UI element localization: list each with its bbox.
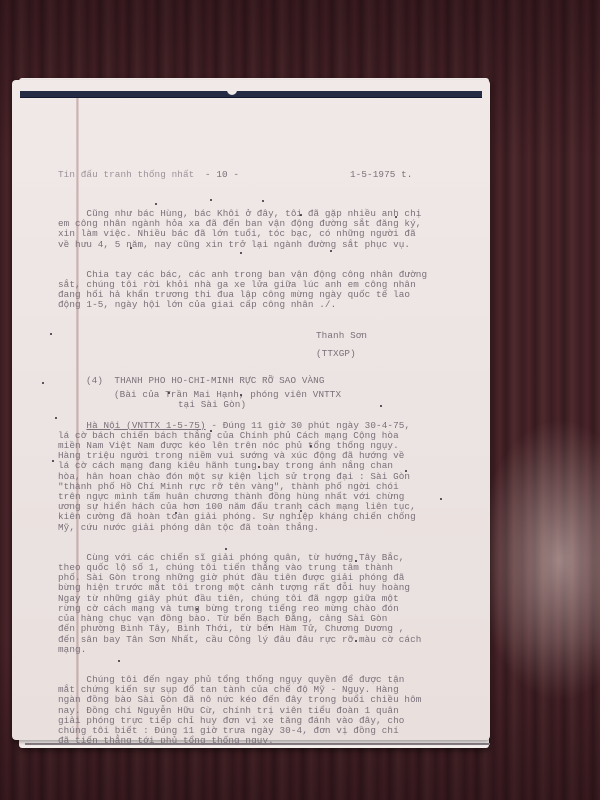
article-title: (4) THANH PHO HO-CHI-MINH RỰC RỠ SAO VÀN… (58, 376, 478, 386)
paragraph-intro-2: Chia tay các bác, các anh trong ban vận … (58, 270, 478, 311)
text-line: động 1-5, ngày hội lớn của giai cấp công… (58, 300, 478, 310)
text-line: về hưu 4, 5 năm, nay cũng xin trở lại ng… (58, 240, 478, 250)
page-header: Tin đấu tranh thống nhất - 10 - 1-5-1975… (58, 170, 478, 182)
article-paragraph-2: Cùng với các chiến sĩ giải phóng quân, t… (58, 553, 478, 655)
document-body: Tin đấu tranh thống nhất - 10 - 1-5-1975… (58, 170, 478, 756)
agency-name: (TTXGP) (316, 349, 478, 359)
text-line: đến sân bay Tân Sơn Nhất, cầu Công lý đâ… (58, 635, 478, 645)
binding-strip (20, 91, 482, 98)
article-number-marker: (4) (86, 375, 103, 386)
article-paragraph-3: Chúng tôi đến ngay phủ tổng thống ngụy q… (58, 675, 478, 746)
article-paragraph-1: Hà Nội (VNTTX 1-5-75) - Đúng 11 giờ 30 p… (58, 421, 478, 533)
text-line: mạng. (58, 645, 478, 655)
article-title-text: THANH PHO HO-CHI-MINH RỰC RỠ SAO VÀNG (114, 375, 324, 386)
page-date: 1-5-1975 t. (350, 170, 412, 180)
text-line: đã tiến thẳng tới phủ tổng thống ngụy. (58, 736, 478, 746)
signature-block: Thanh Sơn (TTXGP) (58, 331, 478, 359)
article-heading: (4) THANH PHO HO-CHI-MINH RỰC RỠ SAO VÀN… (58, 376, 478, 411)
article-byline: (Bài của Trần Mai Hạnh, phóng viên VNTTX (58, 390, 478, 400)
article-byline-location: tại Sài Gòn) (58, 400, 478, 410)
text-line: Mỹ, cứu nước giải phóng dân tộc đã toàn … (58, 523, 478, 533)
page-number: - 10 - (205, 170, 239, 180)
text-line: ngàn đồng bào Sài Gòn đã nô nức kéo đến … (58, 695, 478, 705)
paragraph-intro-1: Cũng như bác Hùng, bác Khôi ở đây, tôi đ… (58, 209, 478, 250)
bulletin-title: Tin đấu tranh thống nhất (58, 170, 194, 180)
author-name: Thanh Sơn (316, 331, 478, 341)
dateline: Hà Nội (VNTTX 1-5-75) (86, 420, 205, 431)
